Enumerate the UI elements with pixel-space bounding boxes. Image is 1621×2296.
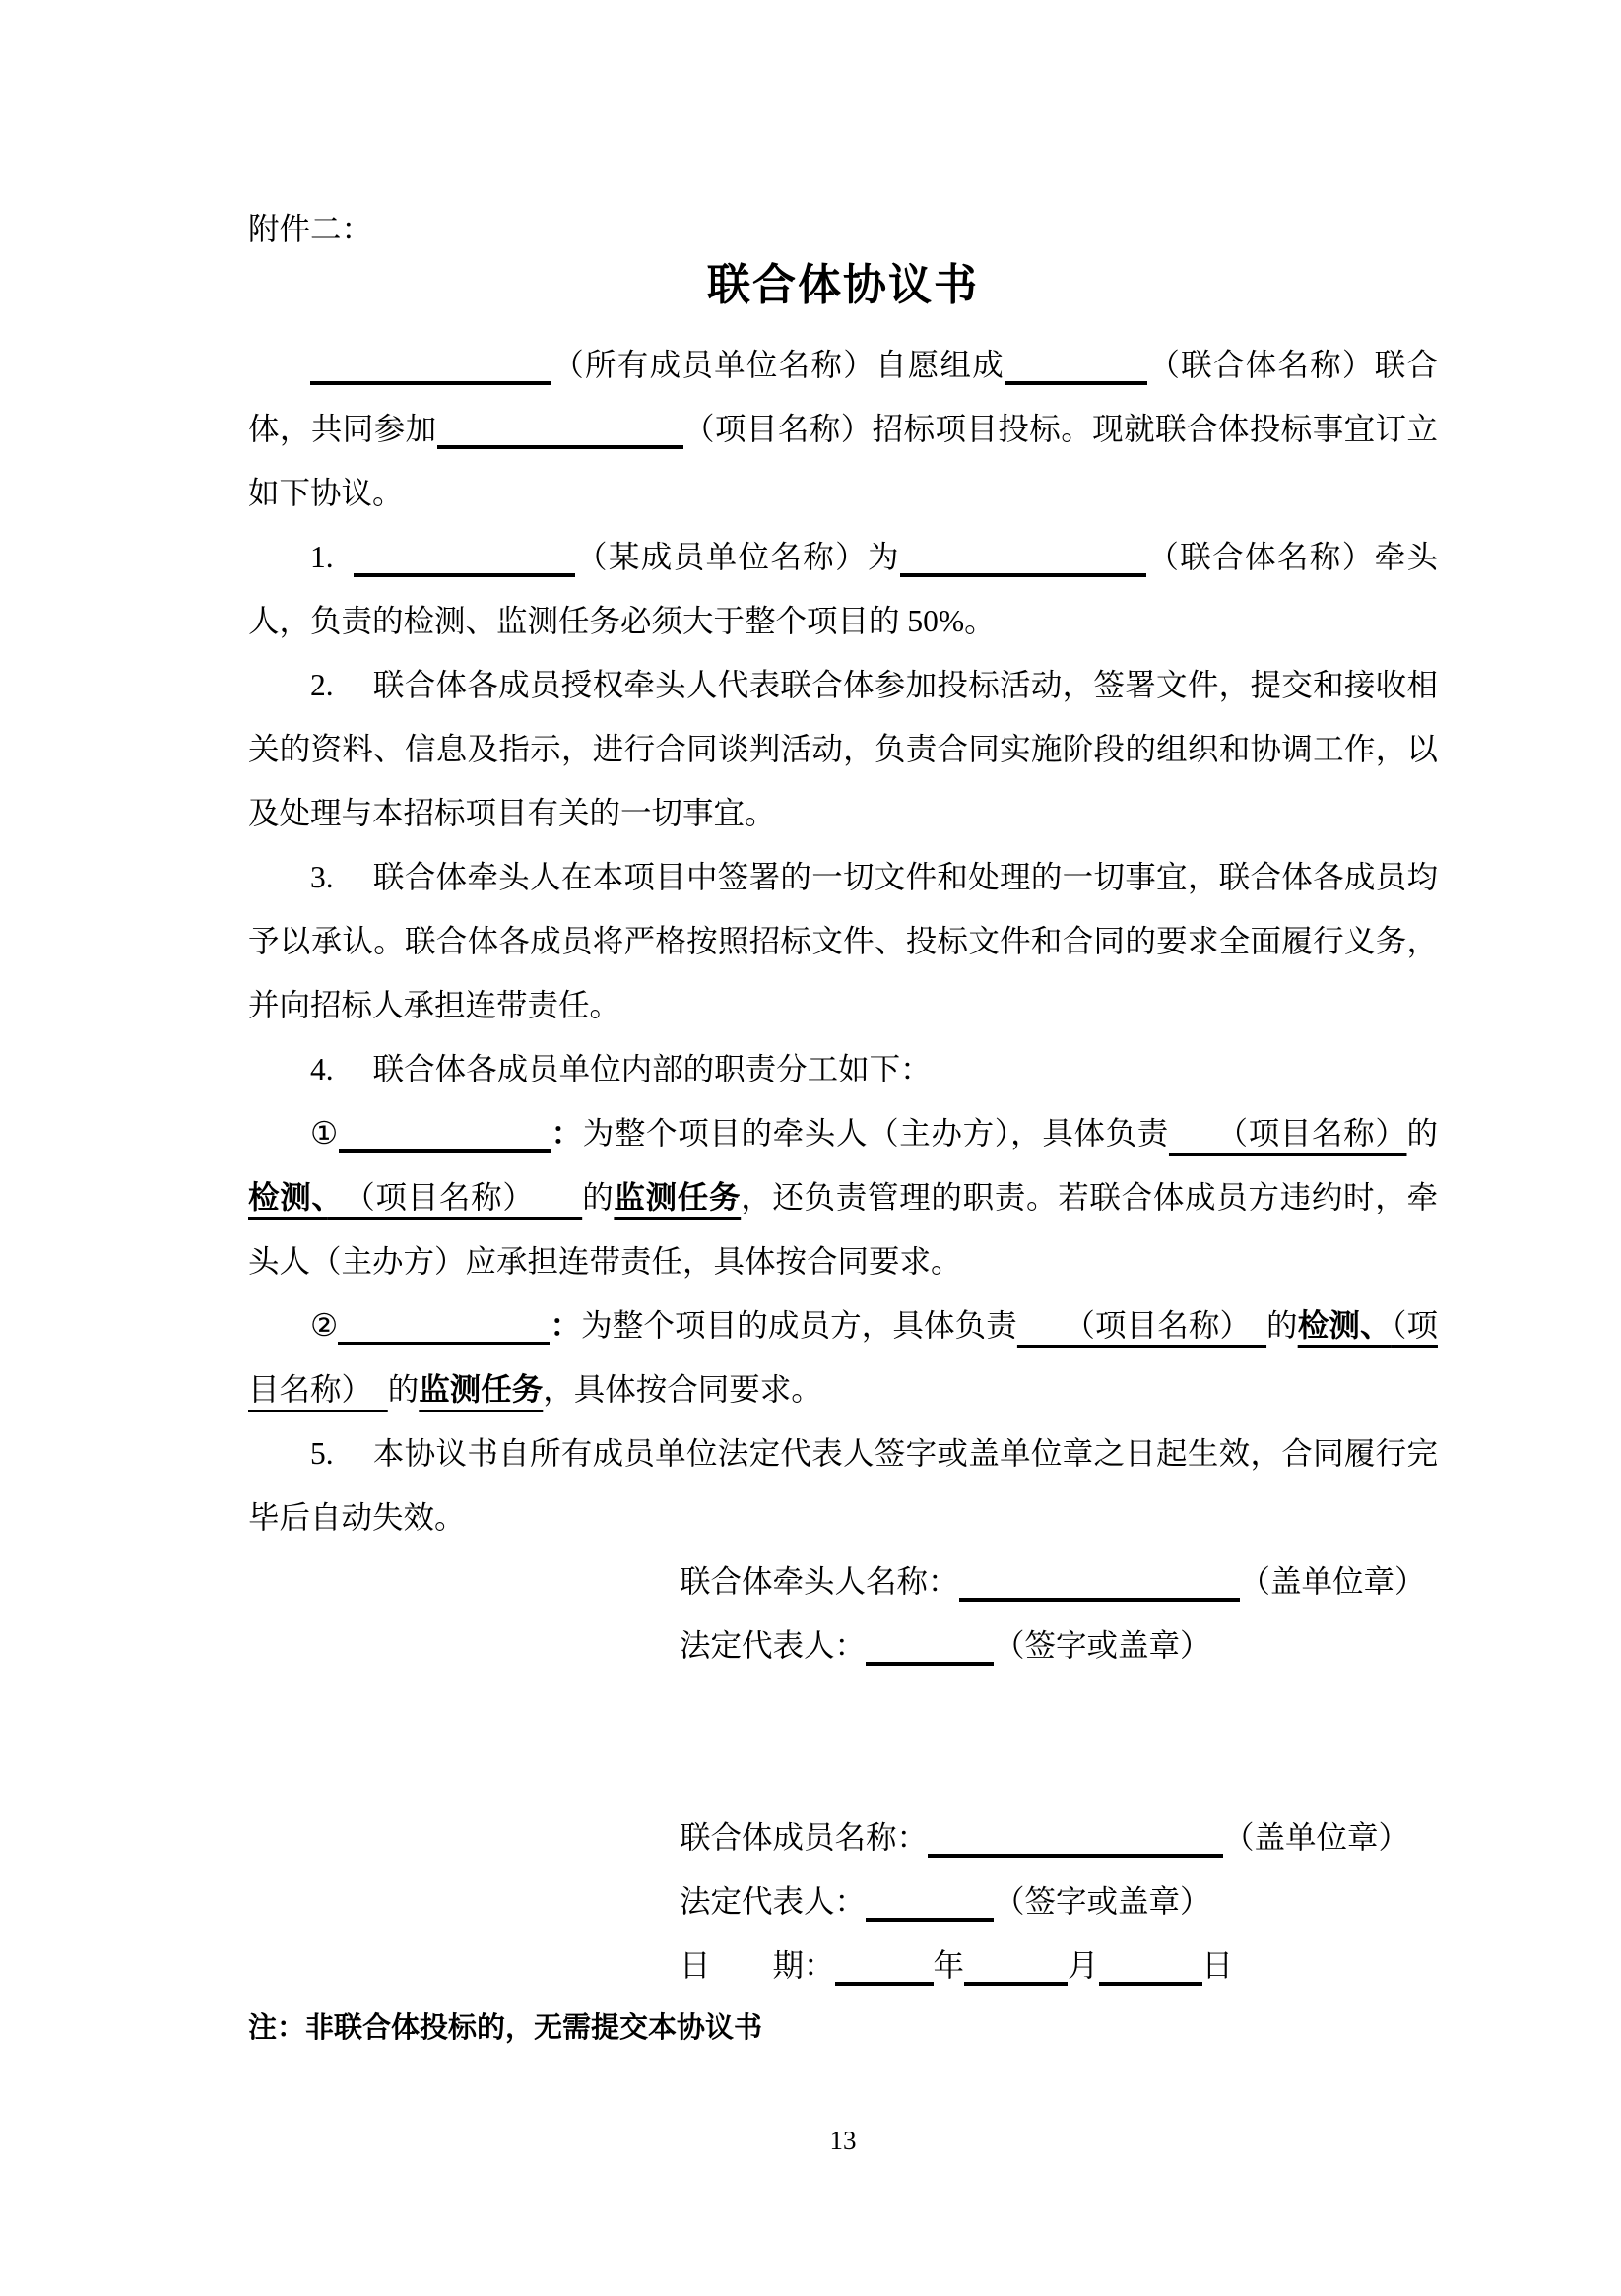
blank-all-member-names — [310, 381, 551, 385]
date-label: 日 期： — [680, 1948, 835, 1983]
sub-2-text-3: 的 — [388, 1372, 420, 1407]
blank-member-representative — [866, 1918, 994, 1922]
page-title: 联合体协议书 — [248, 258, 1438, 313]
blank-leader-unit-name — [339, 1149, 551, 1153]
member-signature-block: 联合体成员名称：（盖单位章） 法定代表人：（签字或盖章） — [680, 1805, 1438, 1934]
clause-4-text: 联合体各成员单位内部的职责分工如下： — [373, 1052, 932, 1086]
sub-2-number: ② — [310, 1308, 338, 1343]
sub-2-underlined-project-name-1: （项目名称） — [1017, 1308, 1266, 1343]
sub-1-text-2: 的 — [1406, 1116, 1438, 1150]
clause-3: 3.联合体牵头人在本项目中签署的一切文件和处理的一切事宜，联合体各成员均予以承认… — [248, 845, 1438, 1037]
sub-1-text-3: 的 — [582, 1180, 614, 1214]
leader-name-label: 联合体牵头人名称： — [680, 1564, 959, 1599]
sub-1-underlined-project-name-1: （项目名称） — [1169, 1116, 1407, 1150]
date-year-label: 年 — [934, 1948, 965, 1983]
leader-representative-line: 法定代表人：（签字或盖章） — [680, 1613, 1438, 1677]
member-representative-label: 法定代表人： — [680, 1884, 866, 1919]
blank-consortium-name — [1005, 381, 1147, 385]
sub-1-number: ① — [310, 1116, 339, 1150]
sub-2-text-4: ，具体按合同要求。 — [543, 1372, 822, 1407]
clause-5: 5.本协议书自所有成员单位法定代表人签字或盖单位章之日起生效，合同履行完毕后自动… — [248, 1421, 1438, 1549]
clause-5-number: 5. — [310, 1436, 334, 1471]
sub-1-colon: ： — [551, 1116, 583, 1150]
sub-2-bold-inspection: 检测、 — [1298, 1308, 1392, 1343]
sub-1-bold-inspection: 检测、 — [248, 1180, 328, 1214]
sub-2-text-2: 的 — [1266, 1308, 1298, 1343]
date-line: 日 期：年月日 — [680, 1934, 1438, 1998]
date-day-label: 日 — [1202, 1948, 1234, 1983]
blank-leader-signature-name — [959, 1598, 1240, 1602]
sub-2-text-1: 为整个项目的成员方，具体负责 — [581, 1308, 1017, 1343]
sub-1-bold-monitoring-task: 监测任务 — [614, 1180, 741, 1214]
blank-date-day — [1099, 1982, 1202, 1986]
clause-3-text: 联合体牵头人在本项目中签署的一切文件和处理的一切事宜，联合体各成员均予以承认。联… — [248, 860, 1438, 1022]
blank-member-signature-name — [928, 1854, 1223, 1858]
member-name-label: 联合体成员名称： — [680, 1820, 928, 1855]
intro-paragraph: （所有成员单位名称）自愿组成（联合体名称）联合体，共同参加（项目名称）招标项目投… — [248, 333, 1438, 525]
clause-4: 4.联合体各成员单位内部的职责分工如下： — [248, 1037, 1438, 1101]
sub-1-text-1: 为整个项目的牵头人（主办方），具体负责 — [583, 1116, 1169, 1150]
clause-3-number: 3. — [310, 860, 334, 894]
blank-member-unit-name-2 — [338, 1342, 550, 1345]
leader-name-line: 联合体牵头人名称：（盖单位章） — [680, 1549, 1438, 1613]
blank-date-year — [835, 1982, 934, 1986]
member-representative-line: 法定代表人：（签字或盖章） — [680, 1870, 1438, 1934]
blank-leader-representative — [866, 1662, 994, 1666]
blank-project-name — [437, 445, 683, 449]
clause-2: 2.联合体各成员授权牵头人代表联合体参加投标活动，签署文件，提交和接收相关的资料… — [248, 653, 1438, 845]
sub-2-colon: ： — [550, 1308, 581, 1343]
member-name-line: 联合体成员名称：（盖单位章） — [680, 1805, 1438, 1870]
leader-seal-note: （盖单位章） — [1240, 1564, 1426, 1599]
date-month-label: 月 — [1068, 1948, 1099, 1983]
member-seal-note: （盖单位章） — [1223, 1820, 1409, 1855]
blank-member-unit-name — [354, 573, 575, 577]
clause-2-number: 2. — [310, 668, 334, 702]
clause-4-sub-2: ②：为整个项目的成员方，具体负责 （项目名称） 的检测、（项目名称） 的监测任务… — [248, 1293, 1438, 1421]
clause-1-number: 1. — [310, 540, 334, 574]
blank-date-month — [964, 1982, 1068, 1986]
leader-sign-note: （签字或盖章） — [994, 1628, 1211, 1663]
blank-consortium-name-2 — [900, 573, 1146, 577]
footnote: 注：非联合体投标的，无需提交本协议书 — [248, 2005, 1438, 2051]
document-page: 附件二： 联合体协议书 （所有成员单位名称）自愿组成（联合体名称）联合体，共同参… — [0, 0, 1621, 2296]
page-number: 13 — [248, 2126, 1438, 2156]
clause-1: 1.（某成员单位名称）为（联合体名称）牵头人，负责的检测、监测任务必须大于整个项… — [248, 525, 1438, 653]
clause-1-text-1: （某成员单位名称）为 — [575, 540, 900, 574]
clause-5-text: 本协议书自所有成员单位法定代表人签字或盖单位章之日起生效，合同履行完毕后自动失效… — [248, 1436, 1438, 1535]
attachment-label: 附件二： — [248, 209, 1438, 250]
sub-2-bold-monitoring-task: 监测任务 — [419, 1372, 543, 1407]
member-sign-note: （签字或盖章） — [994, 1884, 1211, 1919]
leader-signature-block: 联合体牵头人名称：（盖单位章） 法定代表人：（签字或盖章） — [680, 1549, 1438, 1677]
clause-2-text: 联合体各成员授权牵头人代表联合体参加投标活动，签署文件，提交和接收相关的资料、信… — [248, 668, 1438, 830]
sub-1-underlined-project-name-2: （项目名称） — [328, 1180, 582, 1214]
clause-4-sub-1: ①：为整个项目的牵头人（主办方），具体负责 （项目名称）的检测、 （项目名称） … — [248, 1101, 1438, 1293]
clause-4-number: 4. — [310, 1052, 334, 1086]
intro-text-1: （所有成员单位名称）自愿组成 — [551, 348, 1005, 382]
leader-representative-label: 法定代表人： — [680, 1628, 866, 1663]
